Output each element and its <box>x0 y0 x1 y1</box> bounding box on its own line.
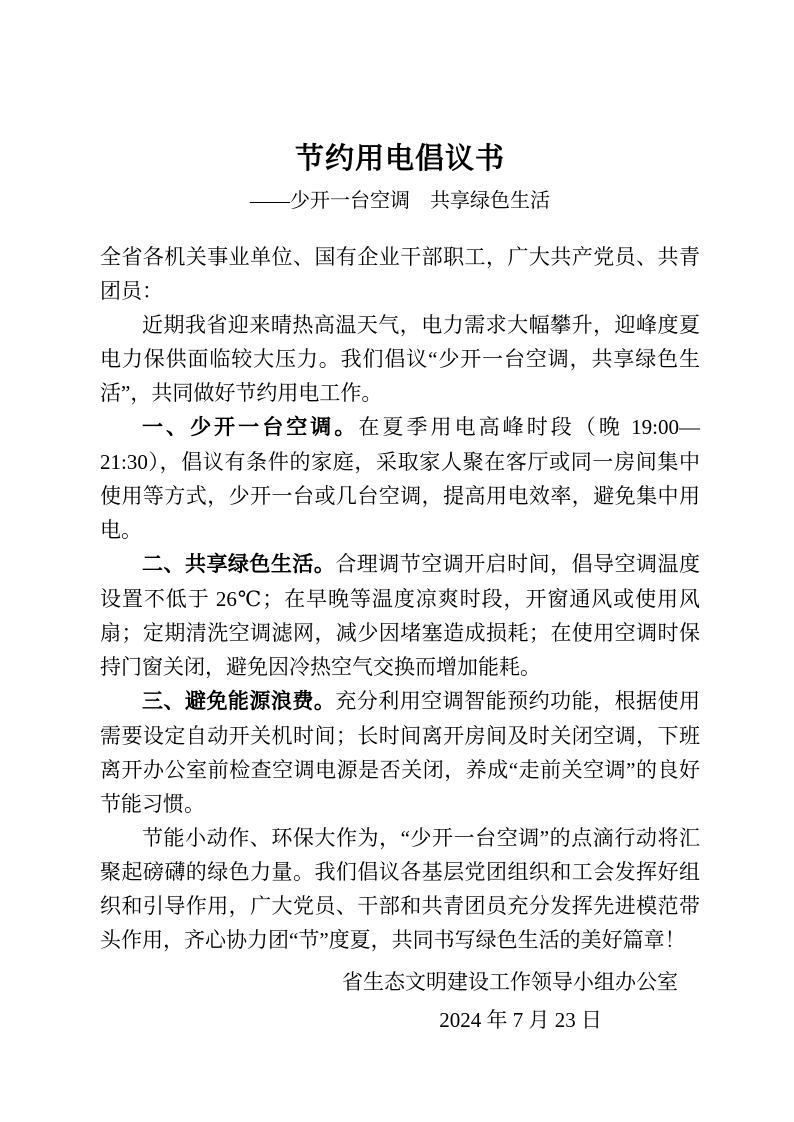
document-title: 节约用电倡议书 <box>100 140 700 178</box>
closing-paragraph: 节能小动作、环保大作为，“少开一台空调”的点滴行动将汇聚起磅礴的绿色力量。我们倡… <box>100 821 700 957</box>
document-subtitle: ——少开一台空调 共享绿色生活 <box>100 186 700 216</box>
section-3-heading: 三、避免能源浪费。 <box>142 690 335 713</box>
salutation: 全省各机关事业单位、国有企业干部职工，广大共产党员、共青团员： <box>100 240 700 308</box>
signature-block: 省生态文明建设工作领导小组办公室 2024 年 7 月 23 日 <box>100 963 700 1039</box>
section-1-heading: 一、少开一台空调。 <box>142 416 358 439</box>
signature-org: 省生态文明建设工作领导小组办公室 <box>100 963 700 1001</box>
document-body: 全省各机关事业单位、国有企业干部职工，广大共产党员、共青团员： 近期我省迎来晴热… <box>100 240 700 957</box>
section-1-paragraph: 一、少开一台空调。在夏季用电高峰时段（晚 19:00—21:30），倡议有条件的… <box>100 410 700 547</box>
section-2-heading: 二、共享绿色生活。 <box>142 553 335 576</box>
signature-date: 2024 年 7 月 23 日 <box>100 1001 700 1039</box>
document-page: 节约用电倡议书 ——少开一台空调 共享绿色生活 全省各机关事业单位、国有企业干部… <box>0 0 794 1122</box>
section-2-paragraph: 二、共享绿色生活。合理调节空调开启时间，倡导空调温度设置不低于 26℃；在早晚等… <box>100 547 700 684</box>
intro-paragraph: 近期我省迎来晴热高温天气，电力需求大幅攀升，迎峰度夏电力保供面临较大压力。我们倡… <box>100 308 700 410</box>
section-3-paragraph: 三、避免能源浪费。充分利用空调智能预约功能，根据使用需要设定自动开关机时间；长时… <box>100 684 700 821</box>
